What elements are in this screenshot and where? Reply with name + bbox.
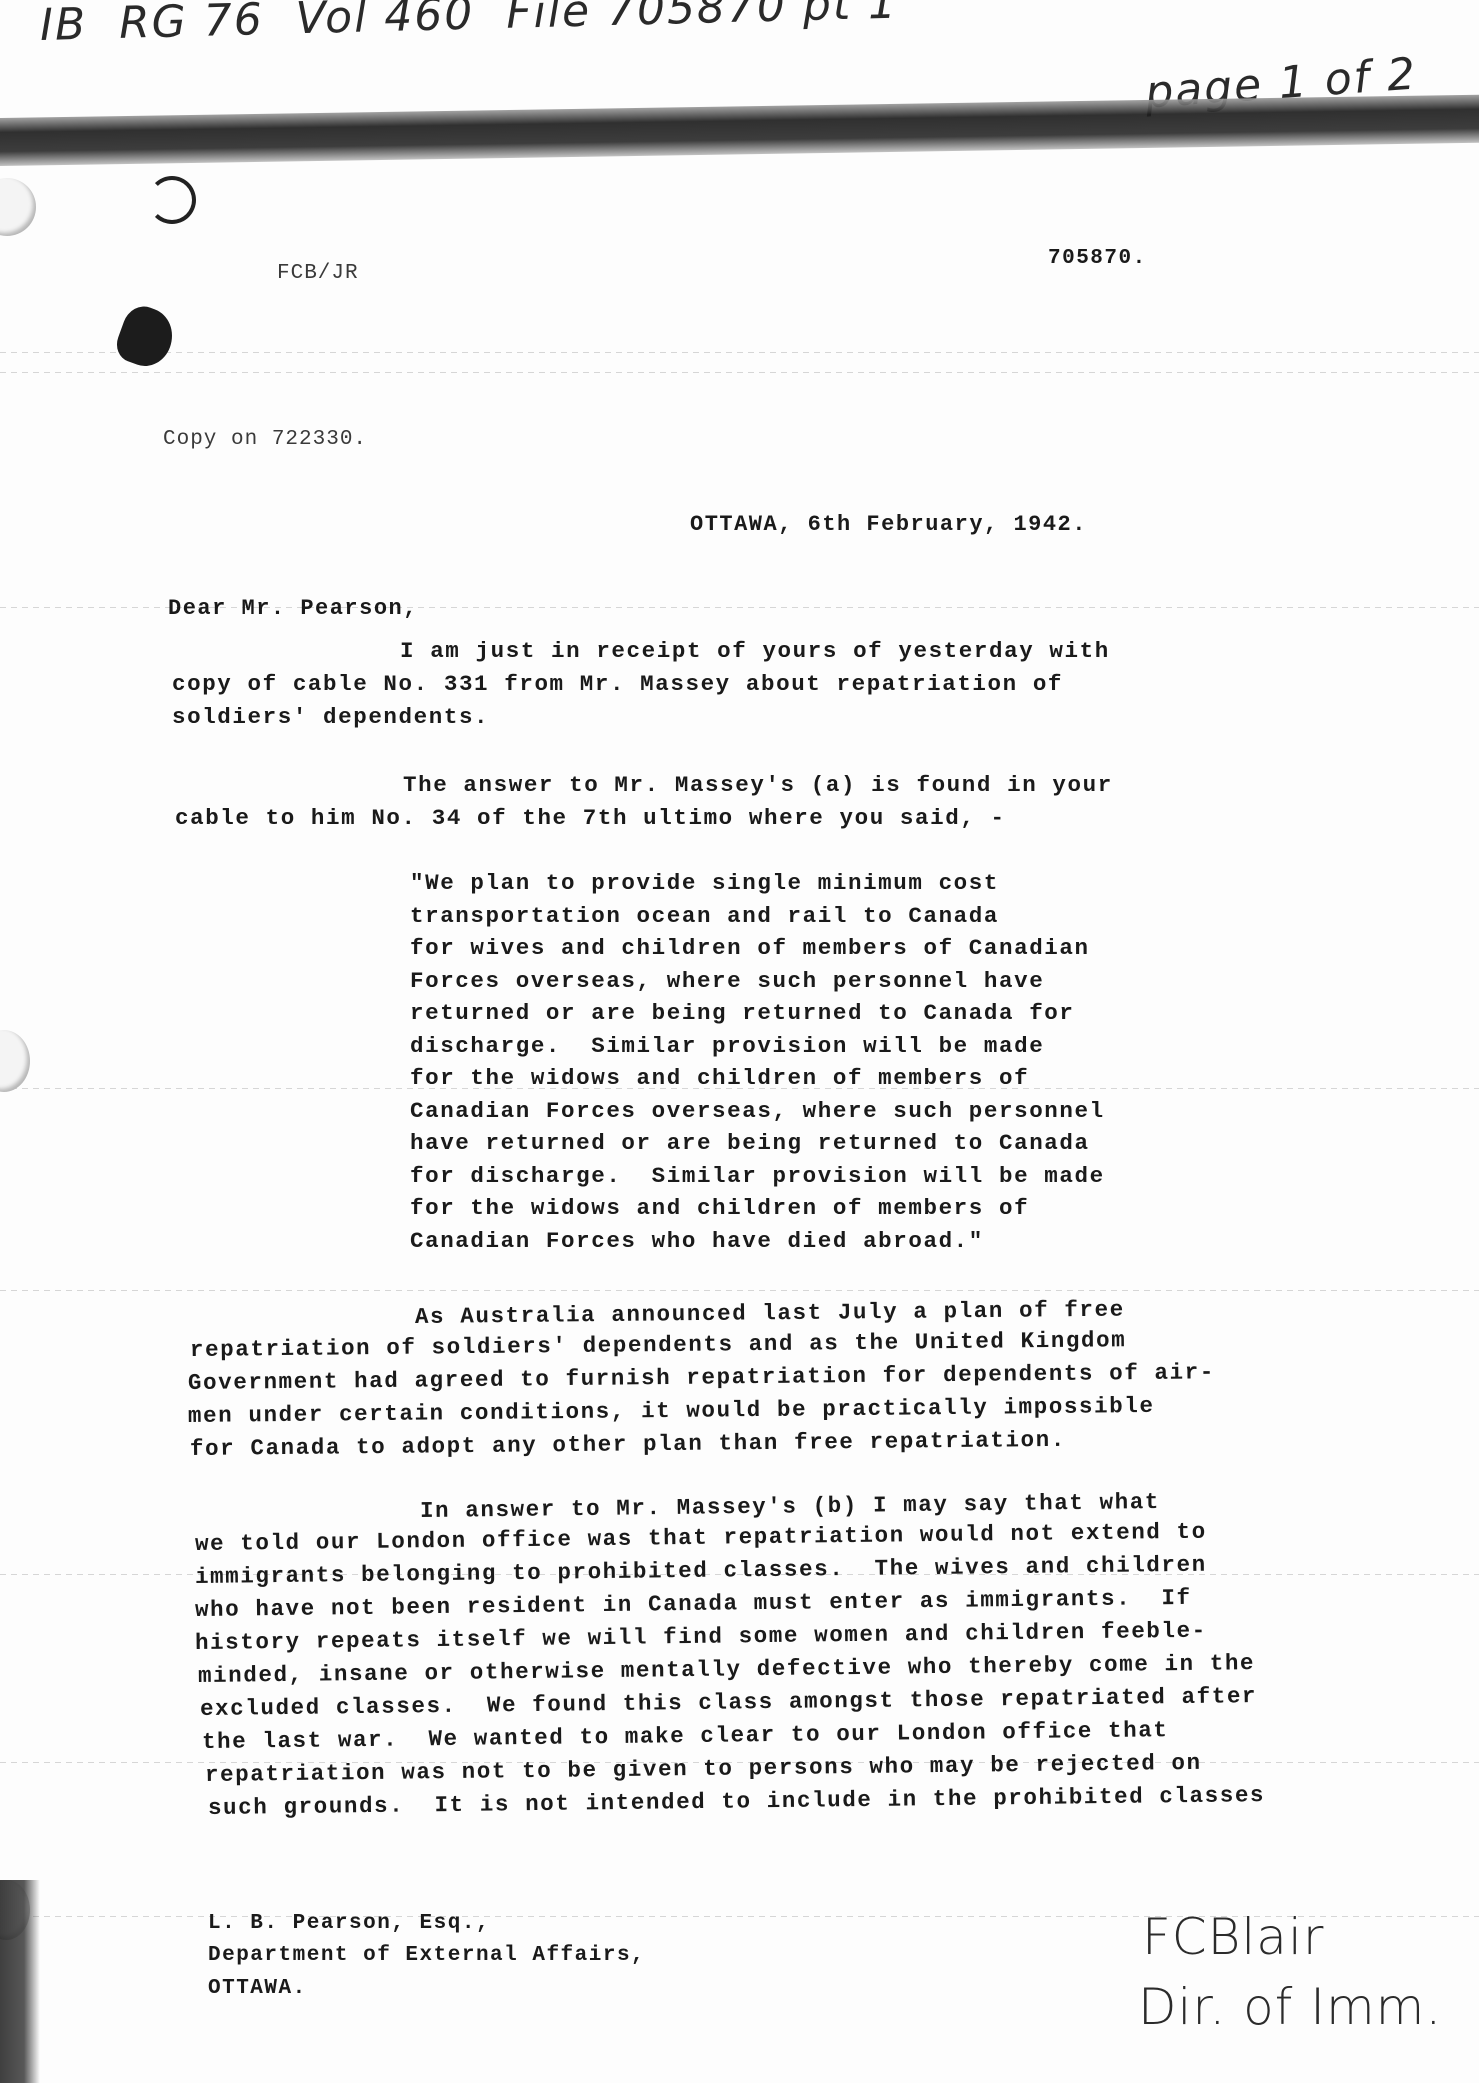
addressee-line: Department of External Affairs, [208, 1944, 645, 1967]
scan-line [0, 372, 1479, 373]
quotation-line: for wives and children of members of Can… [410, 937, 1090, 960]
quotation-line: for discharge. Similar provision will be… [410, 1165, 1105, 1188]
scan-line [0, 352, 1479, 353]
quotation-line: Forces overseas, where such personnel ha… [410, 970, 1044, 993]
quotation-line: Canadian Forces overseas, where such per… [410, 1100, 1105, 1123]
paragraph-b-line: excluded classes. We found this class am… [200, 1685, 1257, 1720]
quotation-line: for the widows and children of members o… [410, 1197, 1029, 1220]
paragraph-b-line: history repeats itself we will find some… [195, 1620, 1207, 1655]
paragraph-b-line: such grounds. It is not intended to incl… [208, 1784, 1265, 1819]
file-number: 705870. [1048, 247, 1147, 270]
paragraph-1-line: I am just in receipt of yours of yesterd… [400, 640, 1110, 663]
quotation-line: transportation ocean and rail to Canada [410, 905, 999, 928]
quotation-line: "We plan to provide single minimum cost [410, 872, 999, 895]
scanned-letter-page: IB RG 76 Vol 460 File 705870 pt 1 page 1… [0, 0, 1479, 2083]
paragraph-australia-line: repatriation of soldiers' dependents and… [190, 1329, 1127, 1361]
paragraph-1-line: copy of cable No. 331 from Mr. Massey ab… [172, 673, 1063, 696]
paragraph-australia-line: men under certain conditions, it would b… [188, 1395, 1155, 1428]
quotation-line: for the widows and children of members o… [410, 1067, 1029, 1090]
hole-punch-icon [0, 178, 36, 236]
paragraph-australia-line: As Australia announced last July a plan … [415, 1299, 1125, 1329]
paragraph-b-line: the last war. We wanted to make clear to… [202, 1719, 1169, 1753]
paragraph-australia-line: Government had agreed to furnish repatri… [188, 1361, 1215, 1394]
ink-ring-mark-icon [148, 176, 196, 224]
copy-note: Copy on 722330. [163, 428, 367, 451]
paragraph-b-line: who have not been resident in Canada mus… [195, 1587, 1192, 1622]
scanner-edge-smudge [0, 1880, 40, 2083]
quotation-line: have returned or are being returned to C… [410, 1132, 1090, 1155]
quotation-line: discharge. Similar provision will be mad… [410, 1035, 1044, 1058]
addressee-line: OTTAWA. [208, 1977, 307, 2000]
paragraph-b-line: immigrants belonging to prohibited class… [195, 1554, 1207, 1589]
quotation-line: returned or are being returned to Canada… [410, 1002, 1075, 1025]
signature-name: FCBlair [1142, 1908, 1324, 1966]
addressee-line: L. B. Pearson, Esq., [208, 1912, 490, 1935]
paragraph-b-line: In answer to Mr. Massey's (b) I may say … [420, 1491, 1160, 1523]
paragraph-2-line: The answer to Mr. Massey's (a) is found … [403, 774, 1113, 797]
ink-blot-icon [112, 301, 181, 373]
paragraph-1-line: soldiers' dependents. [172, 706, 489, 729]
paragraph-2-line: cable to him No. 34 of the 7th ultimo wh… [175, 807, 1006, 830]
archive-reference-annotation: IB RG 76 Vol 460 File 705870 pt 1 [39, 0, 898, 51]
hole-punch-icon [0, 1030, 30, 1092]
paragraph-b-line: minded, insane or otherwise mentally def… [198, 1652, 1255, 1687]
scan-line [0, 1290, 1479, 1291]
place-date: OTTAWA, 6th February, 1942. [690, 512, 1087, 537]
paragraph-b-line: we told our London office was that repat… [195, 1521, 1207, 1556]
paragraph-b-line: repatriation was not to be given to pers… [205, 1752, 1202, 1787]
initials-reference: FCB/JR [277, 262, 359, 285]
signature-title: Dir. of Imm. [1138, 1978, 1442, 2036]
scanner-dark-band [0, 95, 1479, 166]
quotation-line: Canadian Forces who have died abroad." [410, 1230, 984, 1253]
salutation: Dear Mr. Pearson, [168, 596, 418, 621]
paragraph-australia-line: for Canada to adopt any other plan than … [190, 1429, 1066, 1461]
